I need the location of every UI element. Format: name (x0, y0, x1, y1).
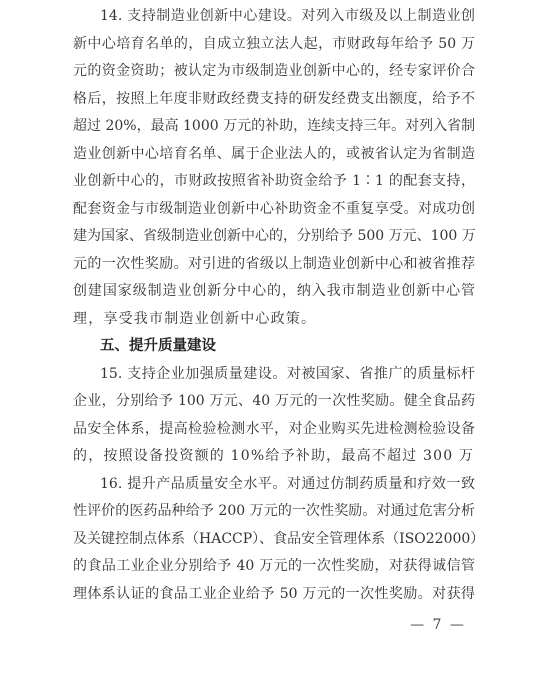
paragraph-line: 性评价的医药品种给予 200 万元的一次性奖励。对通过危害分析 (73, 498, 475, 526)
paragraph-line: 15. 支持企业加强质量建设。对被国家、省推广的质量标杆 (73, 361, 475, 389)
paragraph-line: 14. 支持制造业创新中心建设。对列入市级及以上制造业创 (73, 3, 475, 31)
paragraph-line: 造业创新中心培育名单、属于企业法人的，或被省认定为省制造 (73, 141, 475, 169)
paragraph-line: 元的一次性奖励。对引进的省级以上制造业创新中心和被省推荐 (73, 251, 475, 279)
paragraph-line: 理，享受我市制造业创新中心政策。 (73, 306, 475, 334)
document-page: 14. 支持制造业创新中心建设。对列入市级及以上制造业创 新中心培育名单的，自成… (0, 0, 550, 695)
paragraph-line: 配套资金与市级制造业创新中心补助资金不重复享受。对成功创 (73, 196, 475, 224)
paragraph-line: 品安全体系，提高检验检测水平，对企业购买先进检测检验设备 (73, 416, 475, 444)
paragraph-16: 16. 提升产品质量安全水平。对通过仿制药质量和疗效一致 性评价的医药品种给予 … (73, 471, 475, 609)
paragraph-line: 的食品工业企业分别给予 40 万元的一次性奖励，对获得诚信管 (73, 553, 475, 581)
paragraph-line: 超过 20%，最高 1000 万元的补助，连续支持三年。对列入省制 (73, 113, 475, 141)
paragraph-line: 格后，按照上年度非财政经费支持的研发经费支出额度，给予不 (73, 86, 475, 114)
section-heading: 五、提升质量建设 (73, 333, 475, 361)
paragraph-line: 新中心培育名单的，自成立独立法人起，市财政每年给予 50 万 (73, 31, 475, 59)
page-number: — 7 — (408, 614, 468, 636)
paragraph-line: 及关键控制点体系（HACCP）、食品安全管理体系（ISO22000） (73, 526, 475, 554)
paragraph-line: 企业，分别给予 100 万元、40 万元的一次性奖励。健全食品药 (73, 388, 475, 416)
paragraph-line: 创建国家级制造业创新分中心的，纳入我市制造业创新中心管 (73, 278, 475, 306)
document-body: 14. 支持制造业创新中心建设。对列入市级及以上制造业创 新中心培育名单的，自成… (73, 3, 475, 608)
paragraph-line: 理体系认证的食品工业企业给予 50 万元的一次性奖励。对获得 (73, 581, 475, 609)
paragraph-15: 15. 支持企业加强质量建设。对被国家、省推广的质量标杆 企业，分别给予 100… (73, 361, 475, 471)
paragraph-line: 业创新中心的，市财政按照省补助资金给予 1∶1 的配套支持， (73, 168, 475, 196)
paragraph-line: 16. 提升产品质量安全水平。对通过仿制药质量和疗效一致 (73, 471, 475, 499)
paragraph-line: 元的资金资助；被认定为市级制造业创新中心的，经专家评价合 (73, 58, 475, 86)
paragraph-line: 建为国家、省级制造业创新中心的，分别给予 500 万元、100 万 (73, 223, 475, 251)
paragraph-14: 14. 支持制造业创新中心建设。对列入市级及以上制造业创 新中心培育名单的，自成… (73, 3, 475, 333)
paragraph-line: 的，按照设备投资额的 10%给予补助，最高不超过 300 万元。 (73, 443, 475, 471)
